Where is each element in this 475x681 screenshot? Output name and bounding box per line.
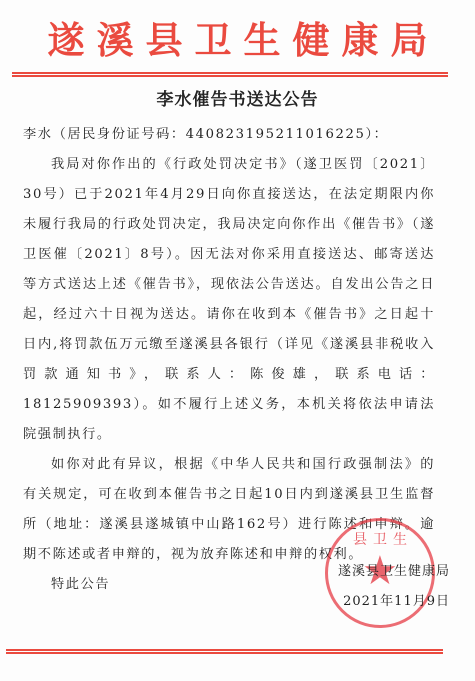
header-divider bbox=[12, 72, 448, 77]
paragraph-notice: 我局对你作出的《行政处罚决定书》（遂卫医罚〔2021〕30号）已于2021年4月… bbox=[23, 150, 435, 450]
footer-divider bbox=[6, 649, 443, 654]
document-page: 遂溪县卫生健康局 李水催告书送达公告 李水（居民身份证号码：4408231952… bbox=[0, 0, 475, 681]
issue-date: 2021年11月9日 bbox=[300, 587, 450, 617]
salutation: 李水（居民身份证号码：440823195211016225）： bbox=[23, 120, 435, 150]
document-title: 李水催告书送达公告 bbox=[0, 85, 475, 110]
issuer-name: 遂溪县卫生健康局 bbox=[300, 557, 450, 587]
seal-arc-text: 县卫生 bbox=[346, 529, 420, 549]
organization-letterhead: 遂溪县卫生健康局 bbox=[0, 18, 475, 62]
signature-block: 遂溪县卫生健康局 2021年11月9日 bbox=[300, 557, 450, 617]
